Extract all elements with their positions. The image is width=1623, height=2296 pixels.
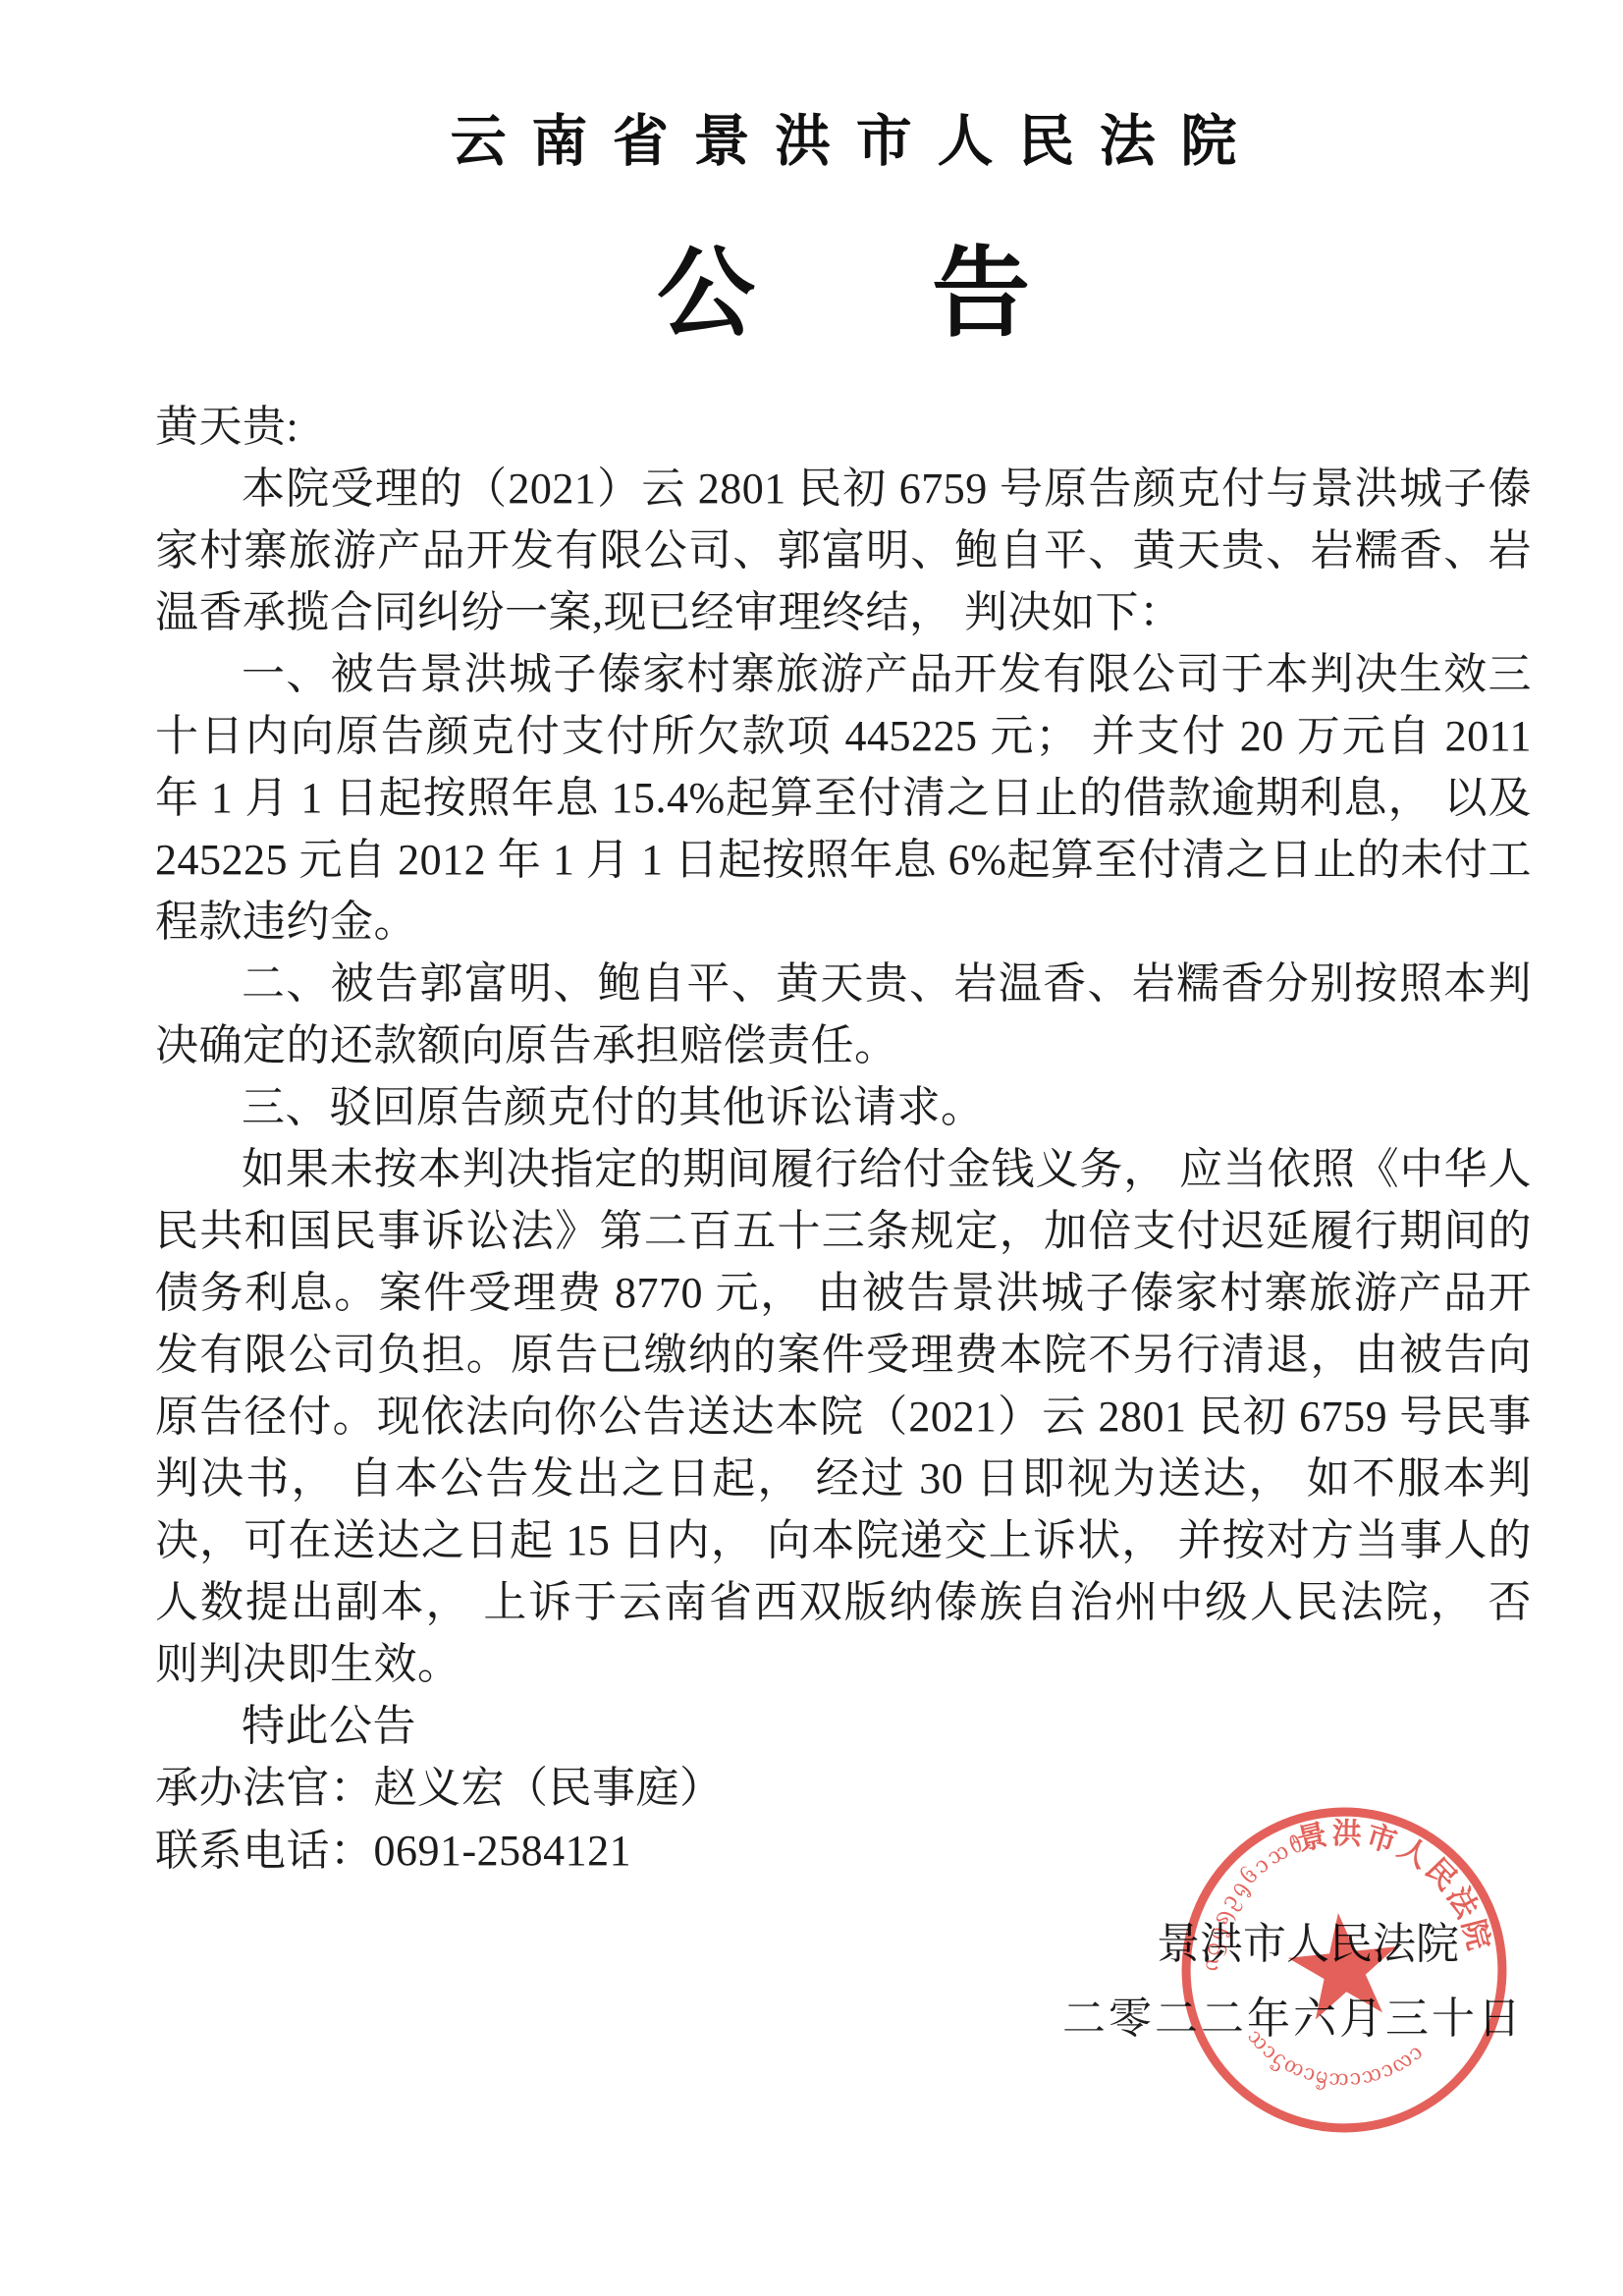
document: 云南省景洪市人民法院 公告 黄天贵: 本院受理的（2021）云 2801 民初 … <box>0 0 1623 2296</box>
judge-label: 承办法官： <box>155 1764 374 1812</box>
phone-line: 联系电话：0691-2584121 <box>155 1820 1532 1883</box>
paragraph: 二、被告郭富明、鲍自平、黄天贵、岩温香、岩糯香分别按照本判决确定的还款额向原告承… <box>155 953 1532 1076</box>
phone-label: 联系电话： <box>155 1827 374 1875</box>
notice-body: 黄天贵: 本院受理的（2021）云 2801 民初 6759 号原告颜克付与景洪… <box>155 396 1532 1883</box>
paragraph: 一、被告景洪城子傣家村寨旅游产品开发有限公司于本判决生效三十日内向原告颜克付支付… <box>155 643 1532 953</box>
judge-name: 赵义宏（民事庭） <box>374 1764 724 1812</box>
signature-block: 景洪市人民法院 二零二二年六月三十日 <box>1062 1907 1530 2056</box>
phone-number: 0691-2584121 <box>374 1827 632 1875</box>
judge-line: 承办法官：赵义宏（民事庭） <box>155 1757 1532 1820</box>
paragraph: 三、驳回原告颜克付的其他诉讼请求。 <box>155 1076 1532 1138</box>
addressee: 黄天贵: <box>155 396 1532 458</box>
court-title: 云南省景洪市人民法院 <box>155 96 1532 177</box>
closing-paragraph: 特此公告 <box>155 1695 1532 1757</box>
paragraph: 如果未按本判决指定的期间履行给付金钱义务， 应当依照《中华人民共和国民事诉讼法》… <box>155 1138 1532 1695</box>
paragraph: 本院受理的（2021）云 2801 民初 6759 号原告颜克付与景洪城子傣家村… <box>155 458 1532 643</box>
signature-court-name: 景洪市人民法院 <box>1062 1907 1530 1982</box>
notice-title: 公告 <box>155 238 1532 351</box>
page: { "document": { "court_title": "云南省景洪市人民… <box>0 0 1623 2296</box>
signature-date: 二零二二年六月三十日 <box>1062 1982 1530 2056</box>
